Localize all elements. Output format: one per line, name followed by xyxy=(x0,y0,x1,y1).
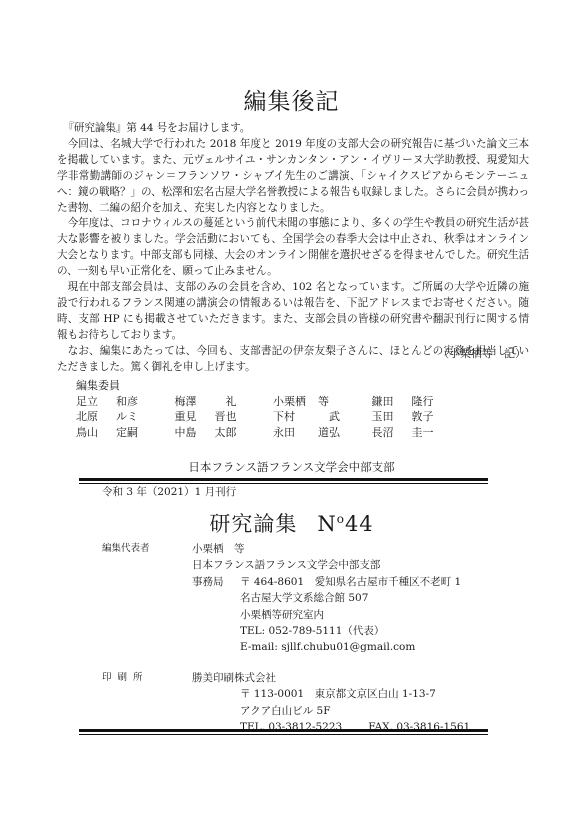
committee-member: 下村 武 xyxy=(273,409,372,425)
journal-number: 44 xyxy=(345,512,374,536)
afterword-body: 『研究論集』第 44 号をお届けします。 今回は、名城大学で行われた 2018 … xyxy=(57,121,529,376)
journal-number-sup: o xyxy=(337,512,345,526)
office-address-line: 名古屋大学文系総合館 507 xyxy=(240,590,461,606)
committee-member: 鎌田隆行 xyxy=(372,394,471,410)
member-given-name: 礼 xyxy=(215,394,255,410)
organization-heading: 日本フランス語フランス文学会中部支部 xyxy=(0,459,583,475)
member-given-name: 和彦 xyxy=(116,394,156,410)
office-lines: 〒 464-8601 愛知県名古屋市千種区不老町 1 名古屋大学文系総合館 50… xyxy=(240,574,461,656)
member-given-name: 隆行 xyxy=(412,394,452,410)
member-family-name: 足立 xyxy=(76,394,116,410)
printer-address-line: アクア白山ビル 5F xyxy=(192,703,470,719)
printer-address-line: 〒 113-0001 東京都文京区白山 1-13-7 xyxy=(192,686,470,702)
member-given-name: 武 xyxy=(318,409,358,425)
committee-label: 編集委員 xyxy=(76,378,470,394)
rule-thin xyxy=(79,734,488,735)
page-title: 編集後記 xyxy=(0,88,583,116)
rule-thick xyxy=(79,729,488,732)
member-family-name: 永田 xyxy=(273,425,318,441)
member-family-name: 長沼 xyxy=(372,425,412,441)
office-tel: TEL: 052-789-5111（代表） xyxy=(240,623,461,639)
committee-member: 長沼圭一 xyxy=(372,425,471,441)
member-given-name: 圭一 xyxy=(412,425,452,441)
colophon: 編集代表者 小栗栖 等 日本フランス語フランス文学会中部支部 事務局 〒 464… xyxy=(102,541,470,735)
member-given-name: ルミ xyxy=(116,409,156,425)
member-family-name: 小栗栖 xyxy=(273,394,318,410)
editor-name: 小栗栖 等 xyxy=(192,541,461,557)
afterword-paragraph: 今年度は、コロナウィルスの蔓延という前代未聞の事態により、多くの学生や教員の研究… xyxy=(57,216,529,280)
editor-block: 小栗栖 等 日本フランス語フランス文学会中部支部 事務局 〒 464-8601 … xyxy=(192,541,461,656)
afterword-paragraph: 『研究論集』第 44 号をお届けします。 xyxy=(57,121,529,137)
member-family-name: 鳥山 xyxy=(76,425,116,441)
printer-block: 勝美印刷株式会社 〒 113-0001 東京都文京区白山 1-13-7 アクア白… xyxy=(192,670,470,736)
afterword-signature: （小栗栖等 記） xyxy=(438,346,526,362)
office-email: E-mail: sjllf.chubu01@gmail.com xyxy=(240,639,461,655)
committee-member: 玉田敦子 xyxy=(372,409,471,425)
afterword-paragraph: 現在中部支部会員は、支部のみの会員を含め、102 名となっています。ご所属の大学… xyxy=(57,280,529,344)
member-family-name: 重見 xyxy=(175,409,215,425)
rule-thick xyxy=(79,478,488,481)
publication-date: 令和 3 年（2021）1 月刊行 xyxy=(102,485,236,499)
spacer xyxy=(102,656,470,670)
committee-member: 中島太郎 xyxy=(175,425,274,441)
editorial-committee: 編集委員 足立和彦 梅澤 礼 小栗栖等 鎌田隆行 北原ルミ 重見晋也 下村 武 … xyxy=(76,378,470,440)
member-given-name: 定嗣 xyxy=(116,425,156,441)
afterword-paragraph: 今回は、名城大学で行われた 2018 年度と 2019 年度の支部大会の研究報告… xyxy=(57,137,529,217)
committee-row: 足立和彦 梅澤 礼 小栗栖等 鎌田隆行 xyxy=(76,394,470,410)
double-rule-bottom xyxy=(79,729,488,730)
printer-name: 勝美印刷株式会社 xyxy=(192,670,470,686)
committee-member: 重見晋也 xyxy=(175,409,274,425)
member-given-name: 道弘 xyxy=(318,425,358,441)
member-family-name: 北原 xyxy=(76,409,116,425)
committee-member: 小栗栖等 xyxy=(273,394,372,410)
editor-label: 編集代表者 xyxy=(102,541,192,656)
member-family-name: 下村 xyxy=(273,409,318,425)
member-given-name: 晋也 xyxy=(215,409,255,425)
member-family-name: 玉田 xyxy=(372,409,412,425)
member-given-name: 太郎 xyxy=(215,425,255,441)
printer-contact: TEL. 03-3812-5223FAX. 03-3816-1561 xyxy=(192,719,470,735)
member-given-name: 敦子 xyxy=(412,409,452,425)
committee-member: 永田道弘 xyxy=(273,425,372,441)
committee-member: 梅澤 礼 xyxy=(175,394,274,410)
editor-row: 編集代表者 小栗栖 等 日本フランス語フランス文学会中部支部 事務局 〒 464… xyxy=(102,541,470,656)
member-family-name: 鎌田 xyxy=(372,394,412,410)
printer-row: 印刷所 勝美印刷株式会社 〒 113-0001 東京都文京区白山 1-13-7 … xyxy=(102,670,470,736)
double-rule-top xyxy=(79,478,488,479)
editor-organization: 日本フランス語フランス文学会中部支部 xyxy=(192,557,461,573)
member-given-name: 等 xyxy=(318,394,358,410)
printer-label: 印刷所 xyxy=(102,670,192,736)
office-address-line: 〒 464-8601 愛知県名古屋市千種区不老町 1 xyxy=(240,574,461,590)
committee-row: 北原ルミ 重見晋也 下村 武 玉田敦子 xyxy=(76,409,470,425)
member-family-name: 中島 xyxy=(175,425,215,441)
committee-row: 鳥山定嗣 中島太郎 永田道弘 長沼圭一 xyxy=(76,425,470,441)
rule-thin xyxy=(79,483,488,484)
journal-title: 研究論集No44 xyxy=(0,506,583,537)
office-address-line: 小栗栖等研究室内 xyxy=(240,607,461,623)
journal-number-prefix: N xyxy=(317,512,336,536)
committee-member: 鳥山定嗣 xyxy=(76,425,175,441)
office-label: 事務局 xyxy=(192,574,240,656)
committee-member: 北原ルミ xyxy=(76,409,175,425)
office-block: 事務局 〒 464-8601 愛知県名古屋市千種区不老町 1 名古屋大学文系総合… xyxy=(192,574,461,656)
member-family-name: 梅澤 xyxy=(175,394,215,410)
committee-member: 足立和彦 xyxy=(76,394,175,410)
journal-name: 研究論集 xyxy=(209,512,297,536)
